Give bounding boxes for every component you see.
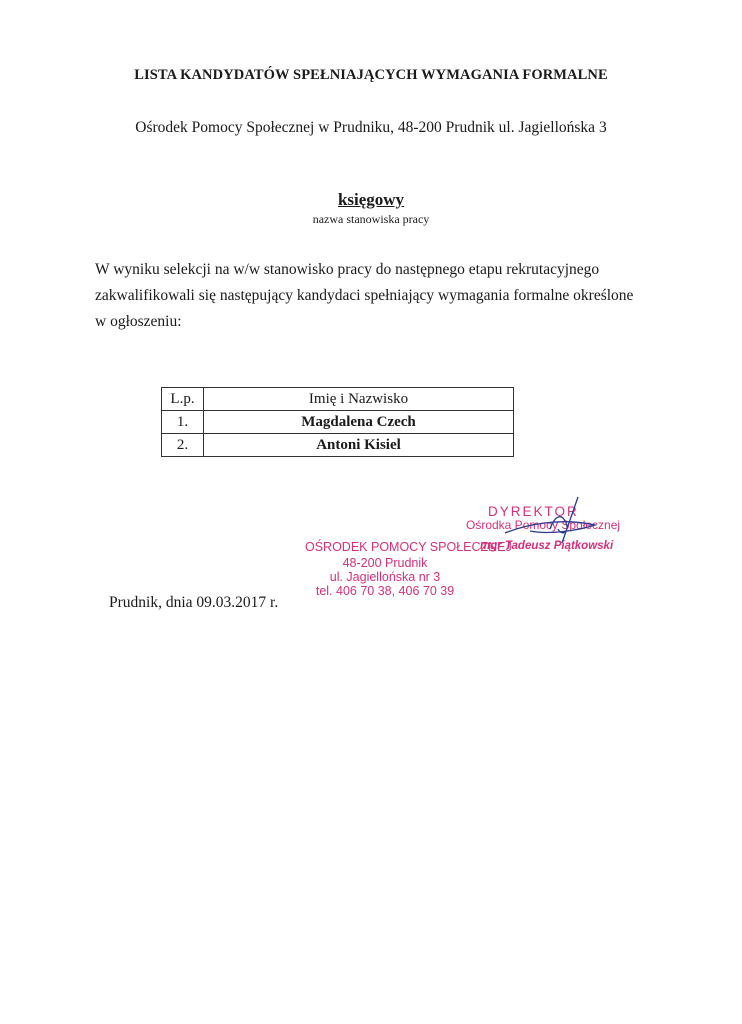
candidate-name: Antoni Kisiel — [204, 434, 514, 457]
stamp-city: 48-200 Prudnik — [310, 556, 460, 570]
body-paragraph: W wyniku selekcji na w/w stanowisko prac… — [95, 257, 655, 335]
header-name: Imię i Nazwisko — [204, 388, 514, 411]
stamp-organization-address: 48-200 Prudnik ul. Jagiellońska nr 3 tel… — [310, 556, 460, 598]
document-title: LISTA KANDYDATÓW SPEŁNIAJĄCYCH WYMAGANIA… — [0, 67, 742, 84]
candidate-name: Magdalena Czech — [204, 411, 514, 434]
body-line: W wyniku selekcji na w/w stanowisko prac… — [95, 257, 655, 283]
date-line: Prudnik, dnia 09.03.2017 r. — [109, 594, 278, 612]
candidates-table: L.p. Imię i Nazwisko 1. Magdalena Czech … — [161, 387, 514, 457]
stamp-street: ul. Jagiellońska nr 3 — [310, 570, 460, 584]
position-name: księgowy — [0, 190, 742, 210]
body-line: w ogłoszeniu: — [95, 309, 655, 335]
position-caption: nazwa stanowiska pracy — [0, 212, 742, 227]
institution-address: Ośrodek Pomocy Społecznej w Prudniku, 48… — [0, 119, 742, 137]
header-lp: L.p. — [162, 388, 204, 411]
table-header-row: L.p. Imię i Nazwisko — [162, 388, 514, 411]
body-line: zakwalifikowali się następujący kandydac… — [95, 283, 655, 309]
signature-icon — [500, 495, 620, 545]
row-number: 2. — [162, 434, 204, 457]
row-number: 1. — [162, 411, 204, 434]
table-row: 2. Antoni Kisiel — [162, 434, 514, 457]
table-row: 1. Magdalena Czech — [162, 411, 514, 434]
stamp-phone: tel. 406 70 38, 406 70 39 — [310, 584, 460, 598]
